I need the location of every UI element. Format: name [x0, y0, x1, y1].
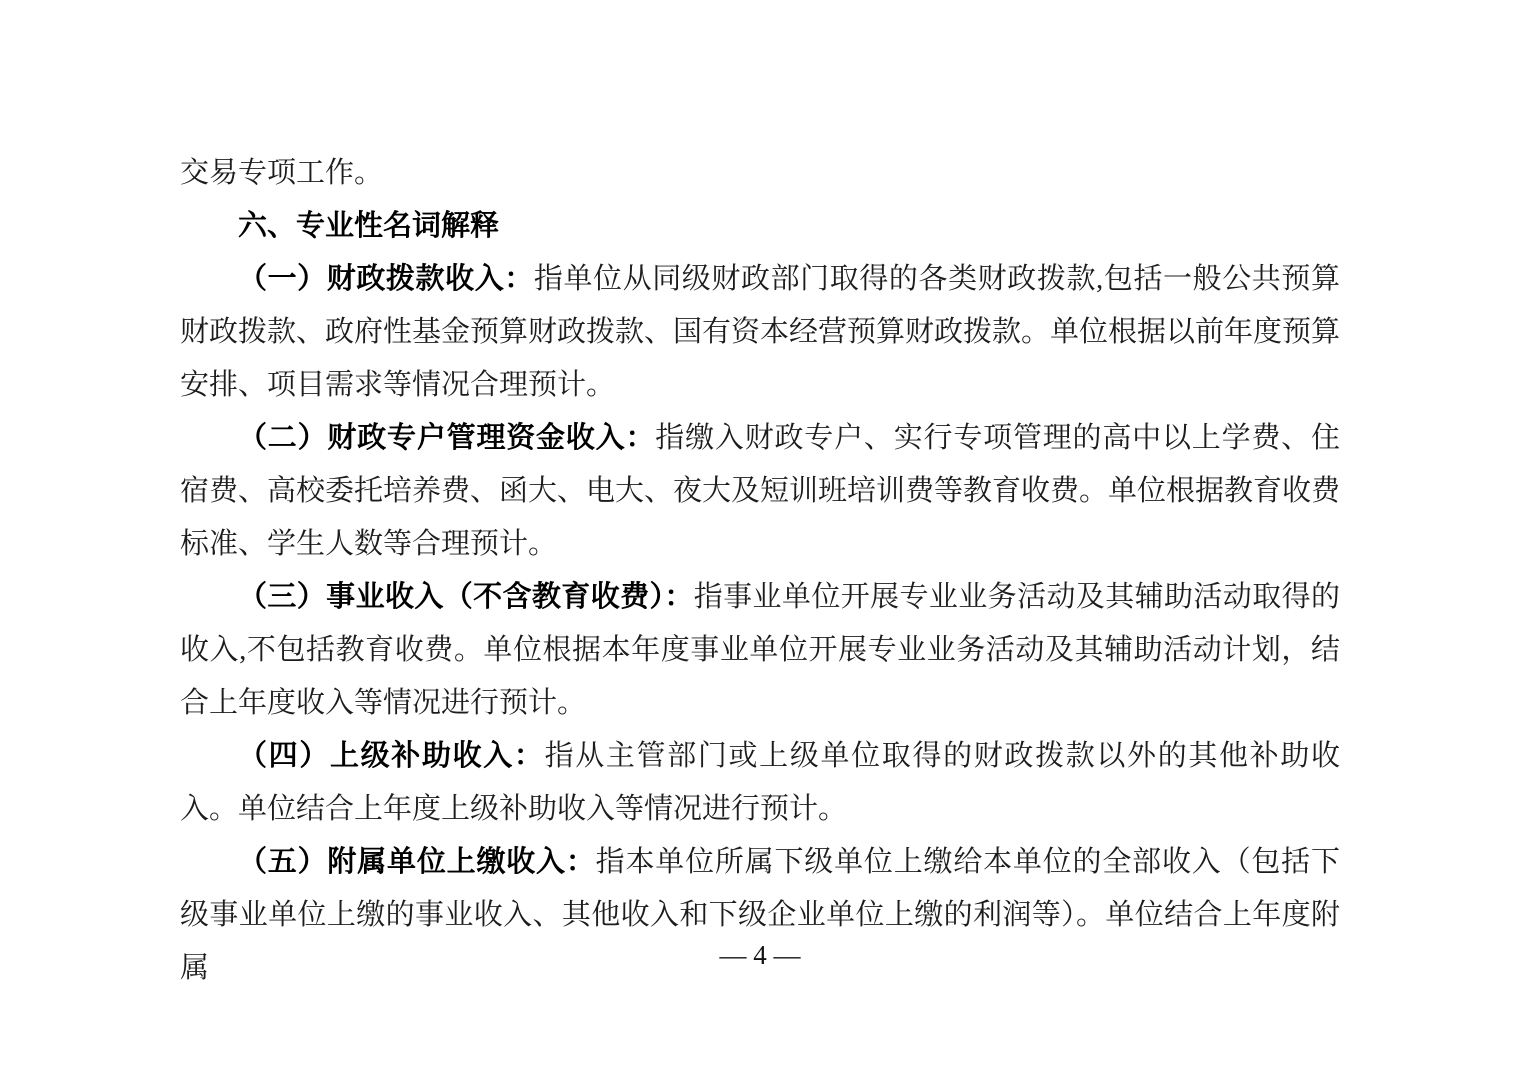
document-page: 交易专项工作。 六、专业性名词解释 （一）财政拨款收入：指单位从同级财政部门取得… — [0, 0, 1520, 1074]
definition-paragraph-4: （四）上级补助收入：指从主管部门或上级单位取得的财政拨款以外的其他补助收入。单位… — [180, 730, 1340, 836]
page-number: — 4 — — [180, 933, 1340, 977]
definition-term: （五）附属单位上缴收入： — [238, 846, 596, 878]
definition-paragraph-2: （二）财政专户管理资金收入：指缴入财政专户、实行专项管理的高中以上学费、住宿费、… — [180, 412, 1340, 571]
paragraph-continuation: 交易专项工作。 — [180, 147, 1340, 200]
definition-paragraph-1: （一）财政拨款收入：指单位从同级财政部门取得的各类财政拨款,包括一般公共预算财政… — [180, 253, 1340, 412]
definition-paragraph-3: （三）事业收入（不含教育收费）：指事业单位开展专业业务活动及其辅助活动取得的收入… — [180, 571, 1340, 730]
definition-term: （三）事业收入（不含教育收费）： — [238, 581, 694, 613]
document-content: 交易专项工作。 六、专业性名词解释 （一）财政拨款收入：指单位从同级财政部门取得… — [180, 147, 1340, 995]
definition-term: （四）上级补助收入： — [238, 740, 545, 772]
definition-term: （二）财政专户管理资金收入： — [238, 422, 655, 454]
section-heading: 六、专业性名词解释 — [180, 200, 1340, 253]
definition-term: （一）财政拨款收入： — [238, 263, 534, 295]
